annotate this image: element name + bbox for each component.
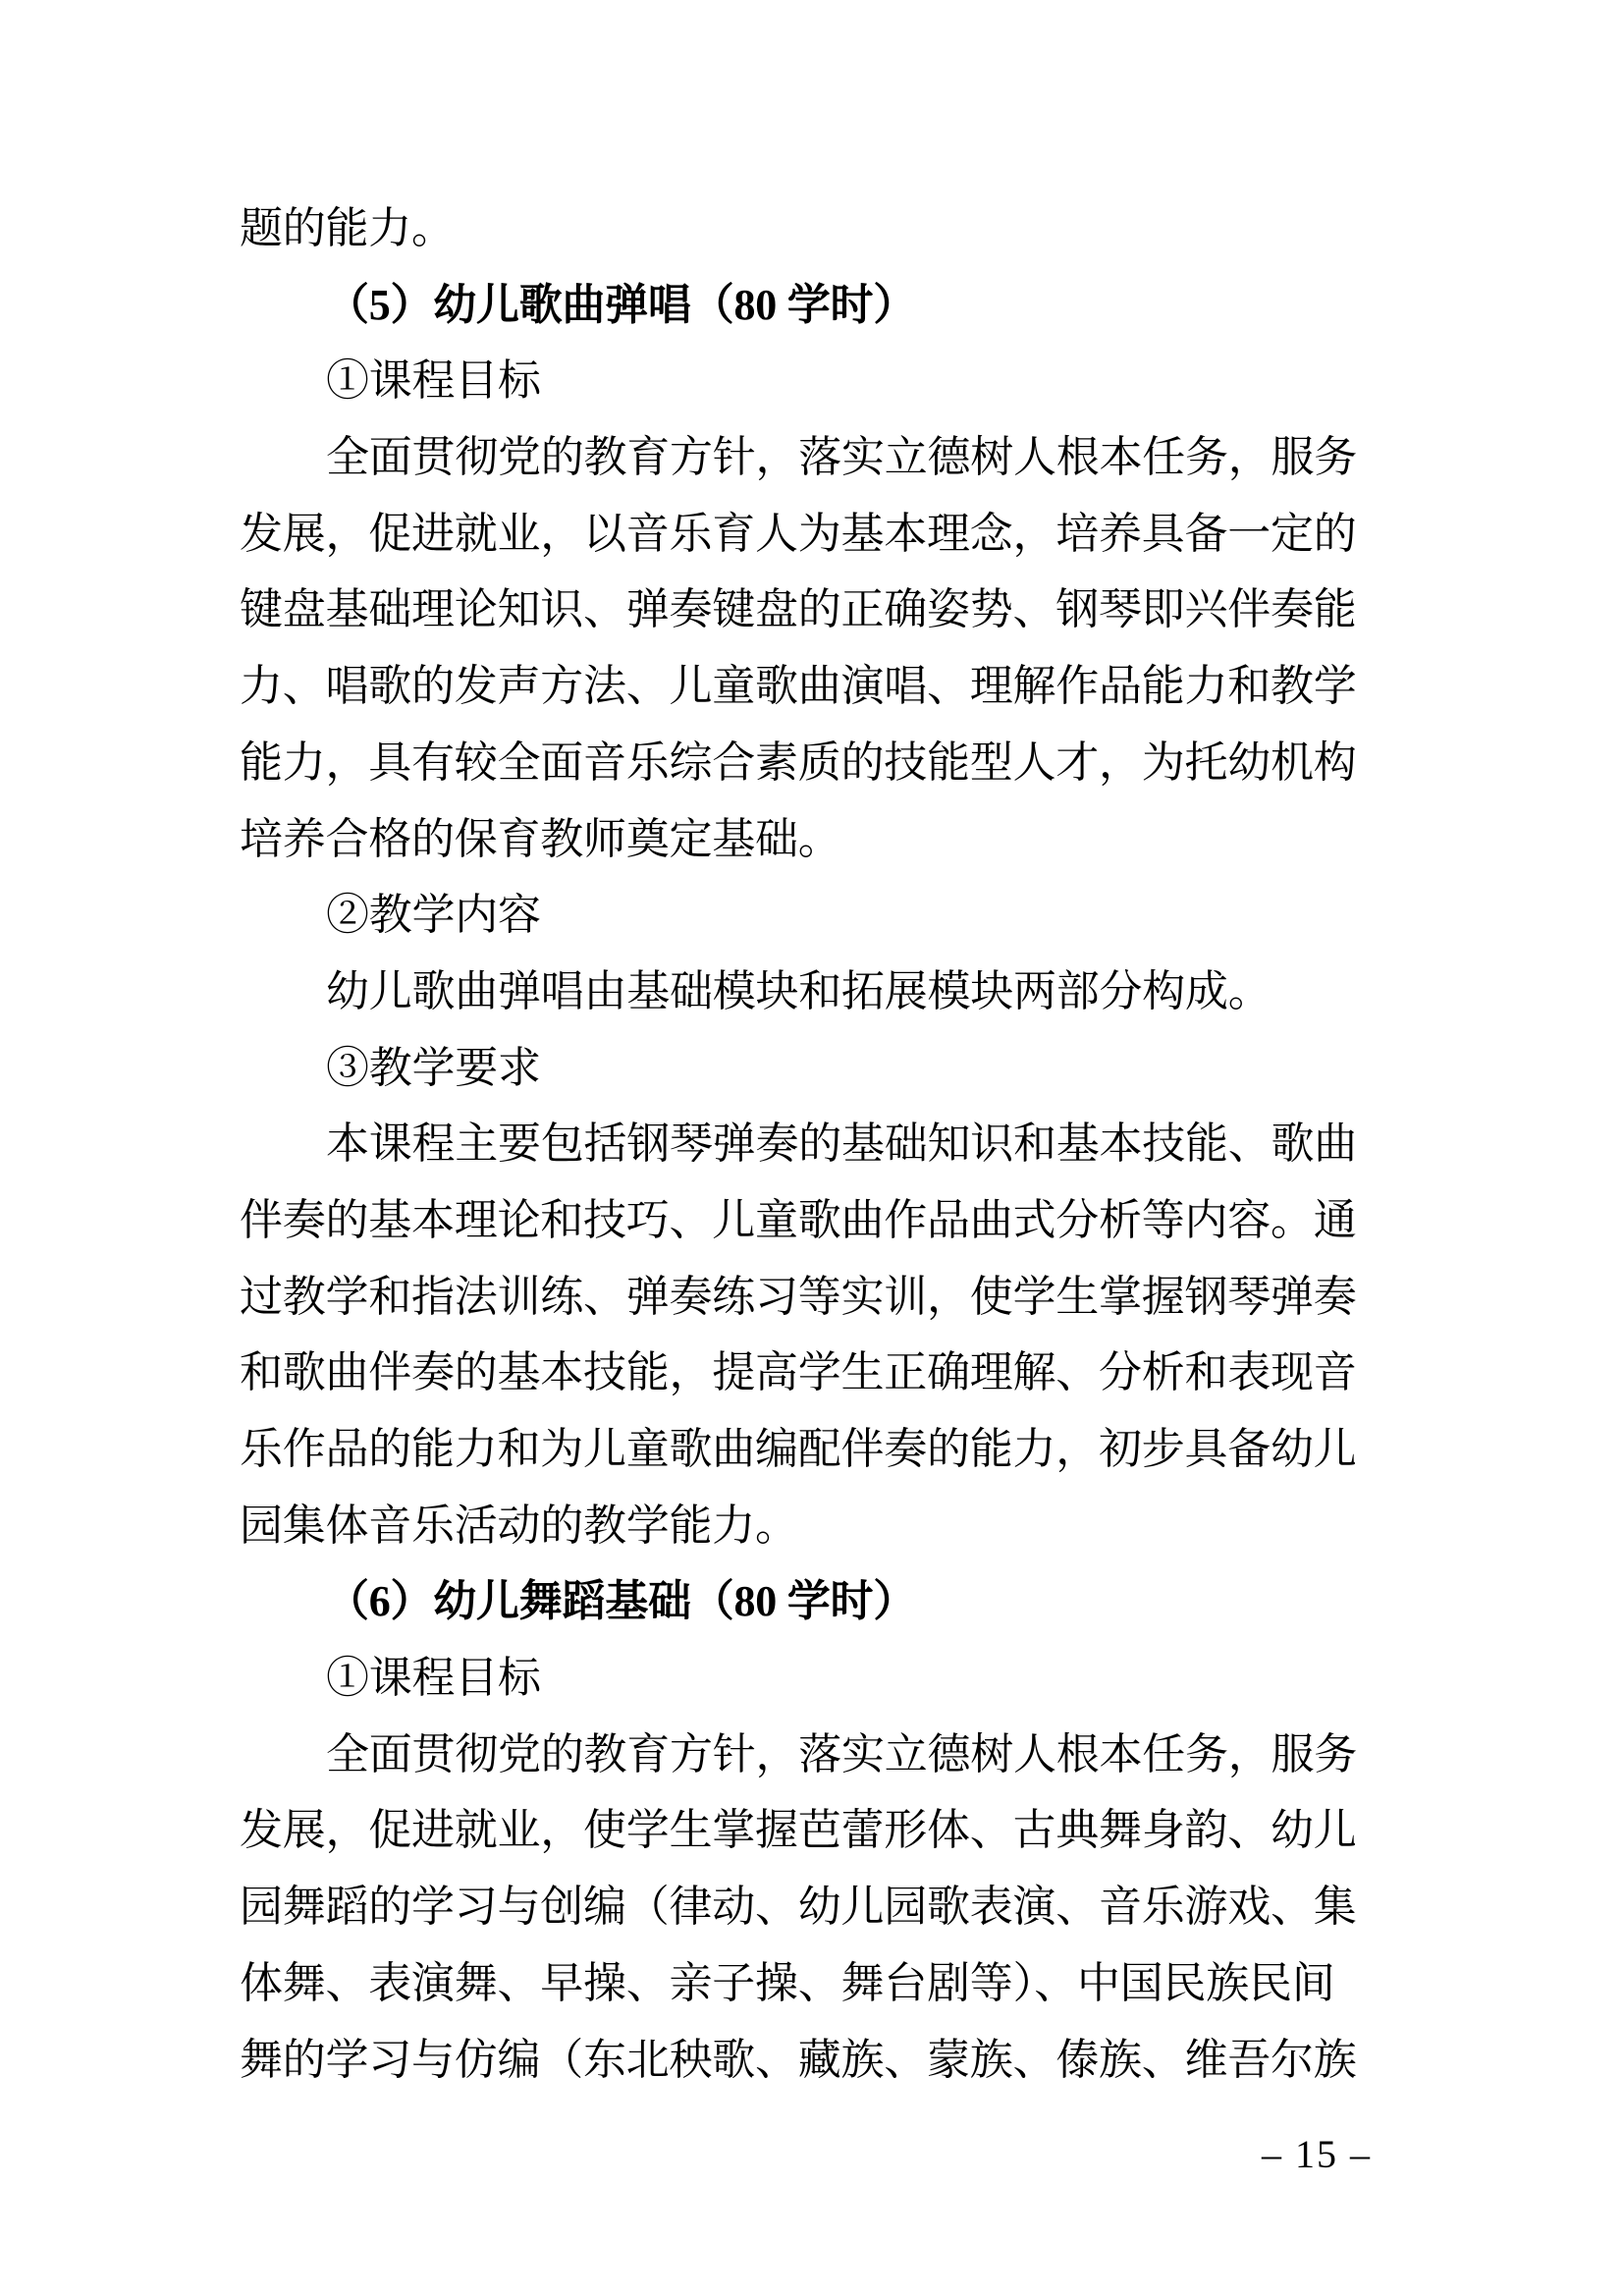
section-heading: （6）幼儿舞蹈基础（80 学时） [240,1563,1369,1640]
text-line: 舞的学习与仿编（东北秧歌、藏族、蒙族、傣族、维吾尔族 [240,2022,1369,2099]
text-line: 幼儿歌曲弹唱由基础模块和拓展模块两部分构成。 [240,954,1369,1030]
text-line: 伴奏的基本理论和技巧、儿童歌曲作品曲式分析等内容。通 [240,1182,1369,1259]
text-line: 全面贯彻党的教育方针，落实立德树人根本任务，服务 [240,419,1369,496]
text-line: 能力，具有较全面音乐综合素质的技能型人才，为托幼机构 [240,725,1369,801]
text-block: 题的能力。（5）幼儿歌曲弹唱（80 学时）①课程目标全面贯彻党的教育方针，落实立… [240,191,1369,2098]
text-line: 培养合格的保育教师奠定基础。 [240,801,1369,878]
text-line: 题的能力。 [240,191,1369,267]
text-line: 乐作品的能力和为儿童歌曲编配伴奏的能力，初步具备幼儿 [240,1411,1369,1488]
text-line: ①课程目标 [240,1640,1369,1717]
text-line: 体舞、表演舞、早操、亲子操、舞台剧等）、中国民族民间 [240,1945,1369,2022]
text-line: 和歌曲伴奏的基本技能，提高学生正确理解、分析和表现音 [240,1335,1369,1411]
document-page: 题的能力。（5）幼儿歌曲弹唱（80 学时）①课程目标全面贯彻党的教育方针，落实立… [0,0,1623,2296]
text-line: 力、唱歌的发声方法、儿童歌曲演唱、理解作品能力和教学 [240,648,1369,725]
text-line: 过教学和指法训练、弹奏练习等实训，使学生掌握钢琴弹奏 [240,1259,1369,1336]
section-heading: （5）幼儿歌曲弹唱（80 学时） [240,267,1369,344]
text-line: 园集体音乐活动的教学能力。 [240,1488,1369,1564]
text-line: ③教学要求 [240,1030,1369,1107]
text-line: 本课程主要包括钢琴弹奏的基础知识和基本技能、歌曲 [240,1106,1369,1182]
text-line: 发展，促进就业，以音乐育人为基本理念，培养具备一定的 [240,496,1369,573]
text-line: ②教学内容 [240,877,1369,954]
text-line: ①课程目标 [240,343,1369,419]
text-line: 发展，促进就业，使学生掌握芭蕾形体、古典舞身韵、幼儿 [240,1792,1369,1869]
text-line: 键盘基础理论知识、弹奏键盘的正确姿势、钢琴即兴伴奏能 [240,572,1369,648]
text-line: 园舞蹈的学习与创编（律动、幼儿园歌表演、音乐游戏、集 [240,1869,1369,1945]
text-line: 全面贯彻党的教育方针，落实立德树人根本任务，服务 [240,1717,1369,1793]
page-number: – 15 – [1262,2133,1372,2176]
